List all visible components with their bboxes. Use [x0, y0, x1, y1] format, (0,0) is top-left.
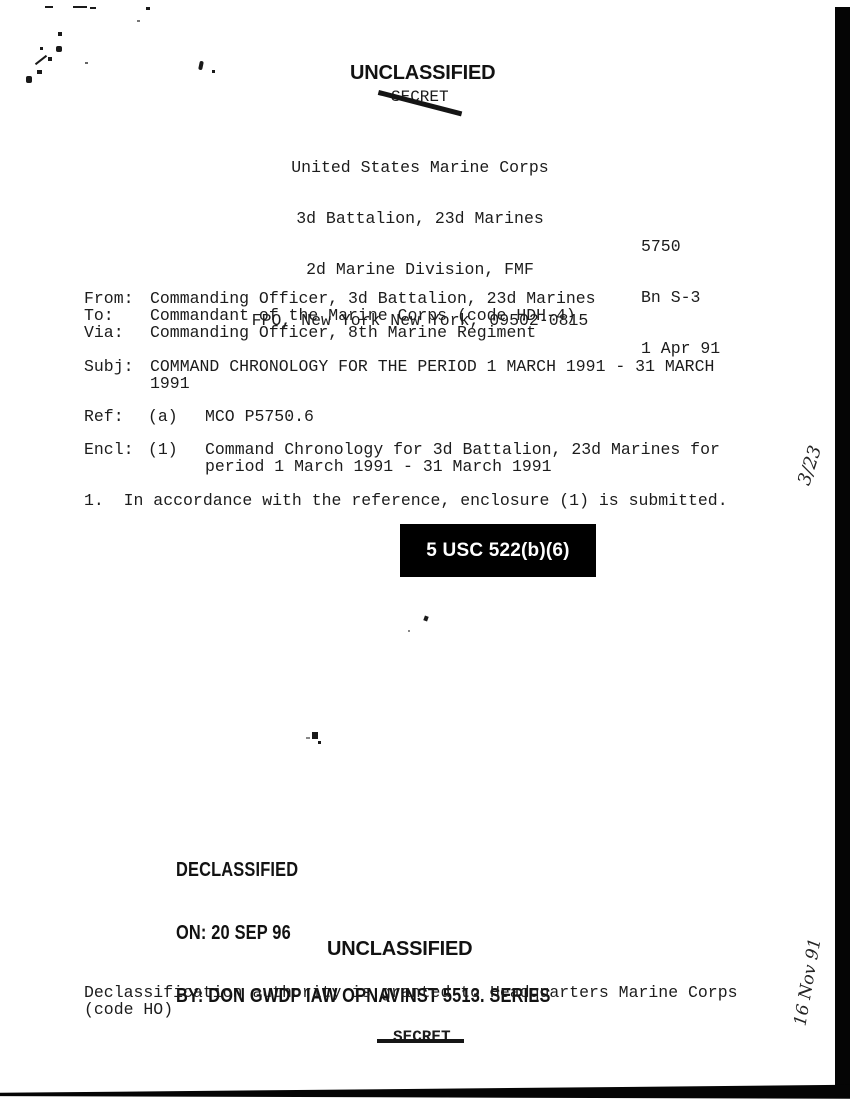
- body-paragraph: 1. In accordance with the reference, enc…: [84, 492, 728, 509]
- letterhead-line: United States Marine Corps: [240, 159, 600, 176]
- handwritten-margin-note: 3/23: [791, 434, 830, 498]
- ssic-code: 5750: [641, 238, 720, 255]
- declass-authority-line2: (code HO): [84, 1001, 173, 1018]
- from-value: Commanding Officer, 3d Battalion, 23d Ma…: [150, 290, 596, 307]
- letterhead-line: 2d Marine Division, FMF: [240, 261, 600, 278]
- stray-mark: [212, 70, 215, 73]
- strikethrough-mark-bottom: [377, 1039, 464, 1043]
- stray-mark: [90, 7, 96, 9]
- stray-mark: [137, 20, 140, 22]
- redaction-stamp-text: 5 USC 522(b)(6): [426, 540, 569, 562]
- stray-mark: [198, 61, 204, 71]
- subject-line1: COMMAND CHRONOLOGY FOR THE PERIOD 1 MARC…: [150, 358, 714, 375]
- stray-mark: [318, 741, 321, 744]
- scan-edge-bar: [835, 7, 850, 1098]
- stray-mark: [56, 46, 62, 52]
- enclosure-label: Encl:: [84, 441, 134, 458]
- to-label: To:: [84, 307, 114, 324]
- stray-mark: [45, 6, 53, 8]
- originator-code: Bn S-3: [641, 289, 720, 306]
- declassified-stamp: DECLASSIFIED ON: 20 SEP 96 BY: DON GWDP …: [176, 818, 551, 1049]
- via-label: Via:: [84, 324, 124, 341]
- via-value: Commanding Officer, 8th Marine Regiment: [150, 324, 536, 341]
- to-value: Commandant of the Marine Corps (code HDH…: [150, 307, 576, 324]
- classification-header: UNCLASSIFIED: [350, 62, 495, 85]
- stray-mark: [423, 615, 428, 621]
- declass-authority-line1: Declassification authority is granted to…: [84, 984, 738, 1001]
- letterhead-line: 3d Battalion, 23d Marines: [240, 210, 600, 227]
- stray-mark: [40, 47, 43, 50]
- enclosure-item: (1): [148, 441, 178, 458]
- stray-mark: [85, 62, 88, 64]
- letter-date: 1 Apr 91: [641, 340, 720, 357]
- stray-mark: [26, 76, 32, 83]
- stray-mark: [312, 732, 318, 739]
- classification-footer: UNCLASSIFIED: [327, 938, 472, 961]
- stray-mark: [408, 630, 410, 632]
- reference-label: Ref:: [84, 408, 124, 425]
- stray-mark: [48, 57, 52, 61]
- scan-bottom-line: [0, 1084, 850, 1100]
- stray-mark: [146, 7, 150, 10]
- handwritten-date-note: 16 Nov 91: [789, 931, 826, 1033]
- stray-mark: [306, 737, 310, 739]
- enclosure-line2: period 1 March 1991 - 31 March 1991: [205, 458, 552, 475]
- subject-label: Subj:: [84, 358, 134, 375]
- stray-mark: [35, 55, 47, 65]
- scanned-document-page: UNCLASSIFIED SECRET United States Marine…: [0, 0, 850, 1105]
- from-label: From:: [84, 290, 134, 307]
- declassified-line: DECLASSIFIED: [176, 860, 551, 881]
- reference-item: (a): [148, 408, 178, 425]
- stray-mark: [73, 6, 87, 8]
- redaction-stamp: 5 USC 522(b)(6): [400, 524, 596, 577]
- stray-mark: [58, 32, 62, 36]
- enclosure-line1: Command Chronology for 3d Battalion, 23d…: [205, 441, 720, 458]
- subject-line2: 1991: [150, 375, 190, 392]
- stray-mark: [37, 70, 42, 74]
- struck-secret-bottom: SECRET: [393, 1029, 451, 1046]
- reference-value: MCO P5750.6: [205, 408, 314, 425]
